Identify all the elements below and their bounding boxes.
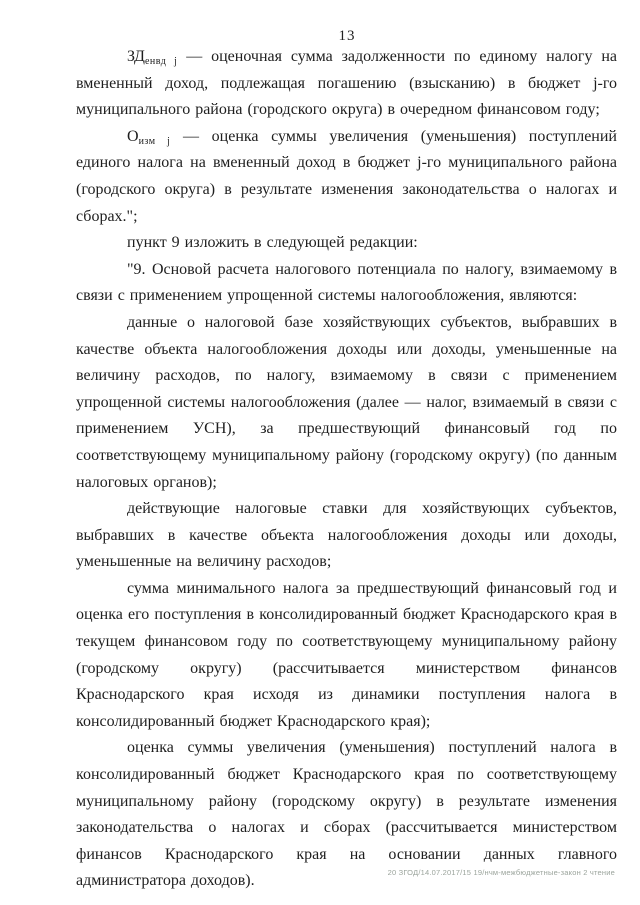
paragraph-text: "9. Основой расчета налогового потенциал…: [76, 261, 617, 305]
page-number: 13: [77, 28, 617, 45]
footer-stamp: 20 ЗГОД/14.07.2017/15 19/нчм-межбюджетны…: [388, 868, 615, 877]
paragraph: Оизм j — оценка суммы увеличения (уменьш…: [76, 124, 617, 230]
document-body: ЗДенвд j — оценочная сумма задолженности…: [76, 44, 617, 895]
document-page: 13 ЗДенвд j — оценочная сумма задолженно…: [0, 0, 640, 905]
paragraph-text: оценка суммы увеличения (уменьшения) пос…: [76, 739, 617, 889]
paragraph: пункт 9 изложить в следующей редакции:: [76, 230, 617, 257]
paragraph-text: сумма минимального налога за предшествую…: [76, 580, 617, 730]
paragraph-text: пункт 9 изложить в следующей редакции:: [127, 234, 418, 251]
formula-term: ЗД: [127, 48, 145, 65]
paragraph: данные о налоговой базе хозяйствующих су…: [76, 310, 617, 496]
paragraph: действующие налоговые ставки для хозяйст…: [76, 496, 617, 576]
formula-term: О: [127, 128, 139, 145]
paragraph-text: действующие налоговые ставки для хозяйст…: [76, 500, 617, 570]
paragraph: сумма минимального налога за предшествую…: [76, 576, 617, 736]
paragraph-text: данные о налоговой базе хозяйствующих су…: [76, 314, 617, 491]
formula-subscript: енвд j: [145, 56, 177, 67]
paragraph: "9. Основой расчета налогового потенциал…: [76, 257, 617, 310]
formula-subscript: изм j: [139, 136, 171, 147]
paragraph: ЗДенвд j — оценочная сумма задолженности…: [76, 44, 617, 124]
